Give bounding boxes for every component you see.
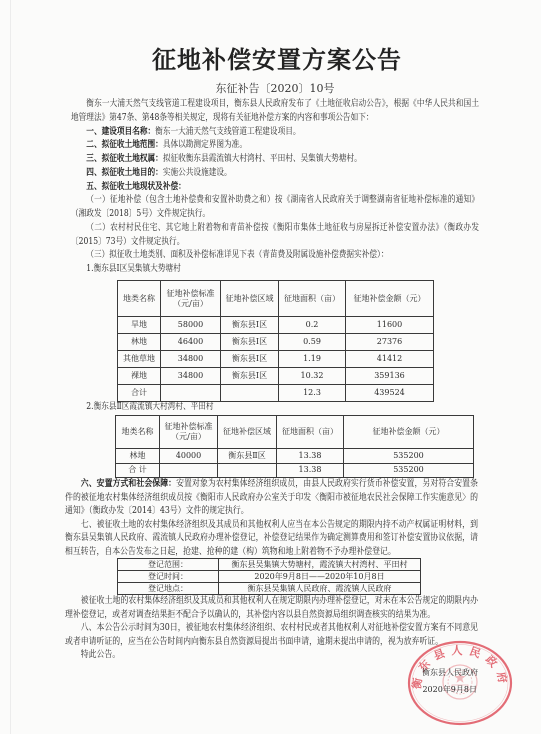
cell-standard: 58000 bbox=[161, 317, 221, 334]
cell-amount: 535200 bbox=[344, 449, 474, 464]
registration-table: 登记范围： 衡东县吴集镇大势塘村，霞流镇大村湾村、平田村 登记时间： 2020年… bbox=[117, 558, 421, 595]
cell-total-label: 合 计 bbox=[116, 463, 160, 478]
section-1: 一、建设项目名称：衡东一大浦天然气支线管道工程建设项目。 bbox=[71, 126, 479, 140]
cell-land-type: 林地 bbox=[118, 334, 161, 351]
cell-land-type: 裸地 bbox=[118, 368, 161, 385]
body-lower-a: 六、安置方式和社会保障：安置对象为农村集体经济组织成员，由县人民政府实行货币补偿… bbox=[65, 478, 478, 559]
table1-caption: 1.衡东县Ⅰ区吴集镇大势塘村 bbox=[71, 263, 479, 277]
table-row: 裸地 34800 衡东县Ⅰ区 10.32 359136 bbox=[118, 368, 434, 385]
section-5: 五、拟征收土地现状及补偿： bbox=[71, 181, 479, 195]
cell-standard: 34800 bbox=[161, 351, 221, 368]
header-area: 征地面积（亩） bbox=[279, 281, 346, 317]
cell-zone: 衡东县Ⅰ区 bbox=[221, 334, 279, 351]
registration-label: 登记范围： bbox=[118, 559, 219, 571]
cell-standard: 34800 bbox=[161, 368, 221, 385]
cell-land-type: 其他草地 bbox=[118, 351, 161, 368]
cell-total-amount: 535200 bbox=[344, 463, 474, 478]
header-zone: 征地补偿区域 bbox=[218, 416, 277, 449]
header-zone: 征地补偿区域 bbox=[221, 281, 279, 317]
registration-value: 衡东县吴集镇人民政府、霞流镇人民政府 bbox=[219, 583, 421, 595]
cell-zone bbox=[218, 463, 277, 478]
signature-issuer: 衡东县人民政府 bbox=[422, 668, 478, 678]
header-standard: 征地补偿标准 （元/亩） bbox=[160, 416, 218, 449]
section-3-label: 三、拟征收土地权属： bbox=[86, 154, 163, 164]
cell-zone: 衡东县Ⅱ区 bbox=[218, 449, 277, 464]
cell-zone: 衡东县Ⅰ区 bbox=[221, 368, 279, 385]
cell-area: 0.2 bbox=[279, 317, 346, 334]
cell-standard bbox=[160, 463, 218, 478]
section-5-label: 五、拟征收土地现状及补偿： bbox=[86, 182, 185, 192]
document-number: 东征补告〔2020〕10号 bbox=[175, 82, 375, 96]
cell-zone: 衡东县Ⅰ区 bbox=[221, 317, 279, 334]
cell-standard: 40000 bbox=[160, 449, 218, 464]
table2-caption: 2.衡东县Ⅱ区霞流镇大村湾村、平田村 bbox=[71, 401, 479, 415]
cell-amount: 27376 bbox=[346, 334, 434, 351]
compensation-table-zone-2: 地类名称 征地补偿标准 （元/亩） 征地补偿区域 征地面积（亩） 征地补偿金额（… bbox=[115, 415, 474, 478]
body-upper: 衡东一大浦天然气支线管道工程建设项目，衡东县人民政府发布了《土地征收启动公告》，… bbox=[71, 98, 479, 263]
table-total-row: 合 计 13.38 535200 bbox=[116, 463, 474, 478]
table-row: 旱地 58000 衡东县Ⅰ区 0.2 11600 bbox=[118, 317, 434, 334]
cell-area: 0.59 bbox=[279, 334, 346, 351]
header-standard: 征地补偿标准 （元/亩） bbox=[161, 281, 221, 317]
section-4: 四、拟征收土地目的：实施公共设施建设。 bbox=[71, 167, 479, 181]
header-amount: 征地补偿金额（元） bbox=[344, 416, 474, 449]
section-6-label: 六、安置方式和社会保障： bbox=[81, 479, 176, 489]
section-7: 七、被征收土地的农村集体经济组织及其成员和其他权利人应当在本公告规定的期限内持不… bbox=[65, 519, 478, 560]
section-3-text: 拟征收衡东县霞流镇大村湾村、平田村、吴集镇大势塘村。 bbox=[163, 154, 362, 164]
cell-total-area: 13.38 bbox=[277, 463, 344, 478]
cell-total-label: 合计 bbox=[118, 385, 161, 402]
scan-edge-line bbox=[10, 0, 11, 734]
registration-value: 衡东县吴集镇大势塘村，霞流镇大村湾村、平田村 bbox=[219, 559, 421, 571]
cell-standard bbox=[161, 385, 221, 402]
header-amount: 征地补偿金额（元） bbox=[346, 281, 434, 317]
cell-total-amount: 439524 bbox=[346, 385, 434, 402]
section-2: 二、拟征收土地范围：具体以勘测定界图为准。 bbox=[71, 139, 479, 153]
header-land-type: 地类名称 bbox=[118, 281, 161, 317]
header-area: 征地面积（亩） bbox=[277, 416, 344, 449]
section-1-label: 一、建设项目名称： bbox=[86, 127, 155, 137]
cell-amount: 11600 bbox=[346, 317, 434, 334]
body-lower-b: 被征收土地的农村集体经济组织及其成员和其他权利人在规定期限内办理补偿登记，对未在… bbox=[65, 595, 478, 663]
section-4-text: 实施公共设施建设。 bbox=[163, 168, 232, 178]
page-title: 征地补偿安置方案公告 bbox=[140, 46, 414, 74]
table-header-row: 地类名称 征地补偿标准 （元/亩） 征地补偿区域 征地面积（亩） 征地补偿金额（… bbox=[118, 281, 434, 317]
registration-value: 2020年9月8日——2020年10月8日 bbox=[219, 571, 421, 583]
cell-amount: 41412 bbox=[346, 351, 434, 368]
cell-land-type: 旱地 bbox=[118, 317, 161, 334]
cell-area: 13.38 bbox=[277, 449, 344, 464]
cell-amount: 359136 bbox=[346, 368, 434, 385]
table-row: 其他草地 34800 衡东县Ⅰ区 1.19 41412 bbox=[118, 351, 434, 368]
cell-land-type: 林地 bbox=[116, 449, 160, 464]
section-1-text: 衡东一大浦天然气支线管道工程建设项目。 bbox=[155, 127, 300, 137]
header-land-type: 地类名称 bbox=[116, 416, 160, 449]
registration-label: 登记地点： bbox=[118, 583, 219, 595]
section-6: 六、安置方式和社会保障：安置对象为农村集体经济组织成员，由县人民政府实行货币补偿… bbox=[65, 478, 478, 519]
cell-area: 1.19 bbox=[279, 351, 346, 368]
section-3: 三、拟征收土地权属：拟征收衡东县霞流镇大村湾村、平田村、吴集镇大势塘村。 bbox=[71, 153, 479, 167]
signature-date: 2020年9月8日 bbox=[422, 685, 477, 695]
registration-row-scope: 登记范围： 衡东县吴集镇大势塘村，霞流镇大村湾村、平田村 bbox=[118, 559, 421, 571]
compensation-table-zone-1: 地类名称 征地补偿标准 （元/亩） 征地补偿区域 征地面积（亩） 征地补偿金额（… bbox=[117, 280, 434, 402]
closing-text: 特此公告。 bbox=[65, 649, 478, 663]
registration-row-time: 登记时间： 2020年9月8日——2020年10月8日 bbox=[118, 571, 421, 583]
table-row: 林地 40000 衡东县Ⅱ区 13.38 535200 bbox=[116, 449, 474, 464]
subsection-3: （三）拟征收土地类别、面积及补偿标准详见下表（青苗费及附属设施补偿费据实补偿）： bbox=[71, 249, 479, 263]
table2-caption-block: 2.衡东县Ⅱ区霞流镇大村湾村、平田村 bbox=[71, 401, 479, 415]
table1-caption-block: 1.衡东县Ⅰ区吴集镇大势塘村 bbox=[71, 263, 479, 277]
cell-total-area: 12.3 bbox=[279, 385, 346, 402]
table-header-row: 地类名称 征地补偿标准 （元/亩） 征地补偿区域 征地面积（亩） 征地补偿金额（… bbox=[116, 416, 474, 449]
subsection-2: （二）农村村民住宅、其它地上附着物和青苗补偿按《衡阳市集体土地征收与房屋拆迁补偿… bbox=[71, 222, 479, 250]
table-total-row: 合计 12.3 439524 bbox=[118, 385, 434, 402]
intro-paragraph: 衡东一大浦天然气支线管道工程建设项目，衡东县人民政府发布了《土地征收启动公告》，… bbox=[71, 98, 479, 126]
cell-area: 10.32 bbox=[279, 368, 346, 385]
section-8: 八、本公告公示时间为30日，被征地农村集体经济组织、农村村民或者其他权利人对征地… bbox=[65, 622, 478, 649]
registration-label: 登记时间： bbox=[118, 571, 219, 583]
section-2-label: 二、拟征收土地范围： bbox=[86, 140, 163, 150]
cell-zone: 衡东县Ⅰ区 bbox=[221, 351, 279, 368]
registration-row-place: 登记地点： 衡东县吴集镇人民政府、霞流镇人民政府 bbox=[118, 583, 421, 595]
section-4-label: 四、拟征收土地目的： bbox=[86, 168, 163, 178]
cell-standard: 46400 bbox=[161, 334, 221, 351]
table-row: 林地 46400 衡东县Ⅰ区 0.59 27376 bbox=[118, 334, 434, 351]
subsection-1: （一）征地补偿（包含土地补偿费和安置补助费之和）按《湖南省人民政府关于调整湖南省… bbox=[71, 194, 479, 222]
section-2-text: 具体以勘测定界图为准。 bbox=[163, 140, 247, 150]
registration-note: 被征收土地的农村集体经济组织及其成员和其他权利人在规定期限内办理补偿登记，对未在… bbox=[65, 595, 478, 622]
cell-zone bbox=[221, 385, 279, 402]
